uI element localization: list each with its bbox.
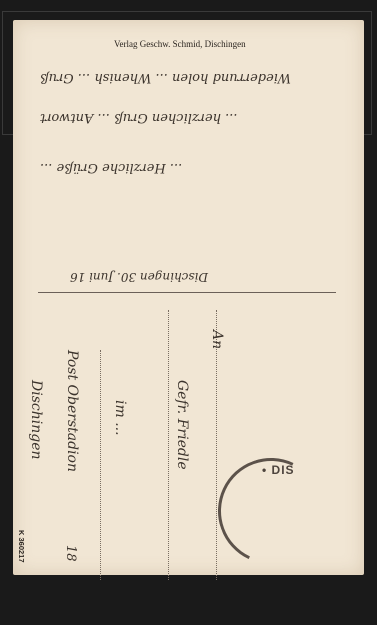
publisher-imprint: Verlag Geschw. Schmid, Dischingen [114, 39, 246, 49]
address-line: Gefr. Friedle [174, 380, 190, 470]
serial-number: K 360217 [17, 530, 26, 563]
address-guide-line [100, 350, 101, 580]
handwritten-line: ... herzlichen Gruß ... Antwort [40, 110, 238, 125]
address-line: Dischingen [28, 380, 44, 460]
handwritten-line: ... Herzliche Grüße ... [40, 160, 182, 175]
address-guide-line [168, 310, 169, 580]
address-line: An [209, 330, 225, 349]
address-guide-line [216, 310, 217, 580]
divider-line [38, 292, 336, 293]
handwritten-line: Wiederrund holen ... Whenish ... Gruß [40, 70, 291, 85]
address-line: im ... [112, 400, 128, 436]
handwritten-note: 18 [63, 545, 78, 562]
address-line: Post Oberstadion [64, 350, 80, 472]
handwritten-date: Dischingen 30. Juni 16 [70, 270, 208, 284]
postmark-text: • DIS [262, 463, 295, 477]
